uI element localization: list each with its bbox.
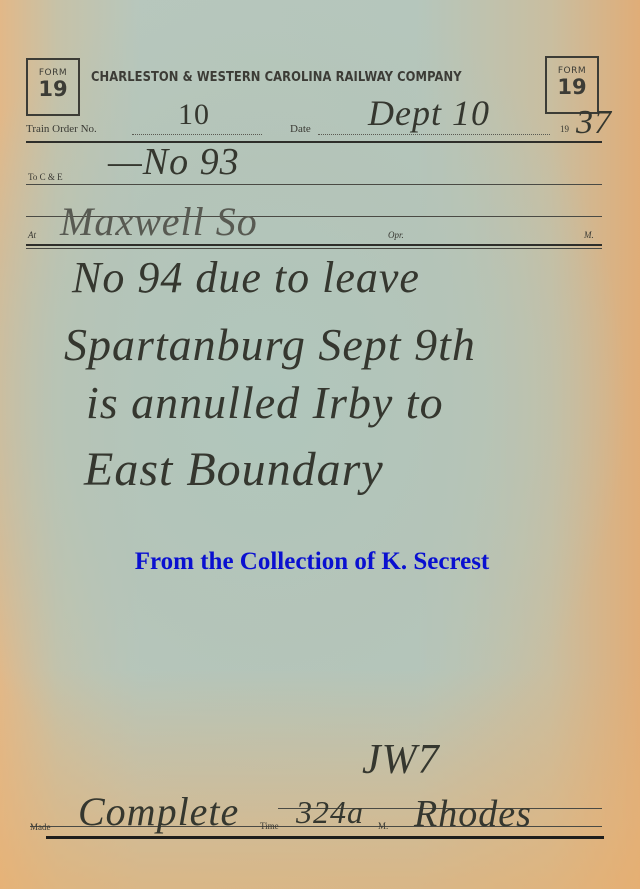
time-value: 324a — [296, 794, 364, 831]
m-label: M. — [584, 230, 594, 240]
divider — [26, 184, 602, 185]
to-label: To C & E — [28, 172, 63, 182]
divider — [26, 248, 602, 249]
collection-watermark: From the Collection of K. Secrest — [0, 548, 624, 576]
made-label: Made — [30, 822, 51, 832]
made-value: Complete — [78, 788, 239, 835]
order-body-line: Spartanburg Sept 9th — [64, 318, 476, 371]
divider — [26, 244, 602, 246]
train-order-no-value: 10 — [178, 98, 210, 132]
train-order-form: FORM 19 CHARLESTON & WESTERN CAROLINA RA… — [0, 0, 640, 889]
at-value: Maxwell So — [60, 198, 258, 245]
opr-label: Opr. — [388, 230, 404, 240]
company-name: CHARLESTON & WESTERN CAROLINA RAILWAY CO… — [91, 70, 462, 85]
date-line — [318, 134, 550, 135]
divider — [46, 836, 604, 839]
to-value: —No 93 — [108, 140, 240, 184]
form-number: 19 — [547, 76, 597, 98]
year-prefix-label: 19 — [560, 124, 569, 134]
time-label: Time — [260, 821, 279, 831]
train-order-no-line — [132, 134, 262, 135]
initials-value: JW7 — [362, 736, 440, 784]
form-number-box-left: FORM 19 — [26, 58, 80, 116]
operator-value: Rhodes — [414, 792, 532, 836]
at-label: At — [28, 230, 36, 240]
year-value: 37 — [576, 104, 612, 142]
order-body-line: No 94 due to leave — [72, 252, 420, 303]
date-value: Dept 10 — [368, 92, 490, 134]
order-body-line: East Boundary — [84, 442, 384, 497]
time-m-label: M. — [378, 821, 388, 831]
order-body-line: is annulled Irby to — [86, 376, 444, 429]
train-order-no-label: Train Order No. — [26, 123, 97, 135]
date-label: Date — [290, 123, 311, 135]
form-number: 19 — [28, 78, 78, 100]
